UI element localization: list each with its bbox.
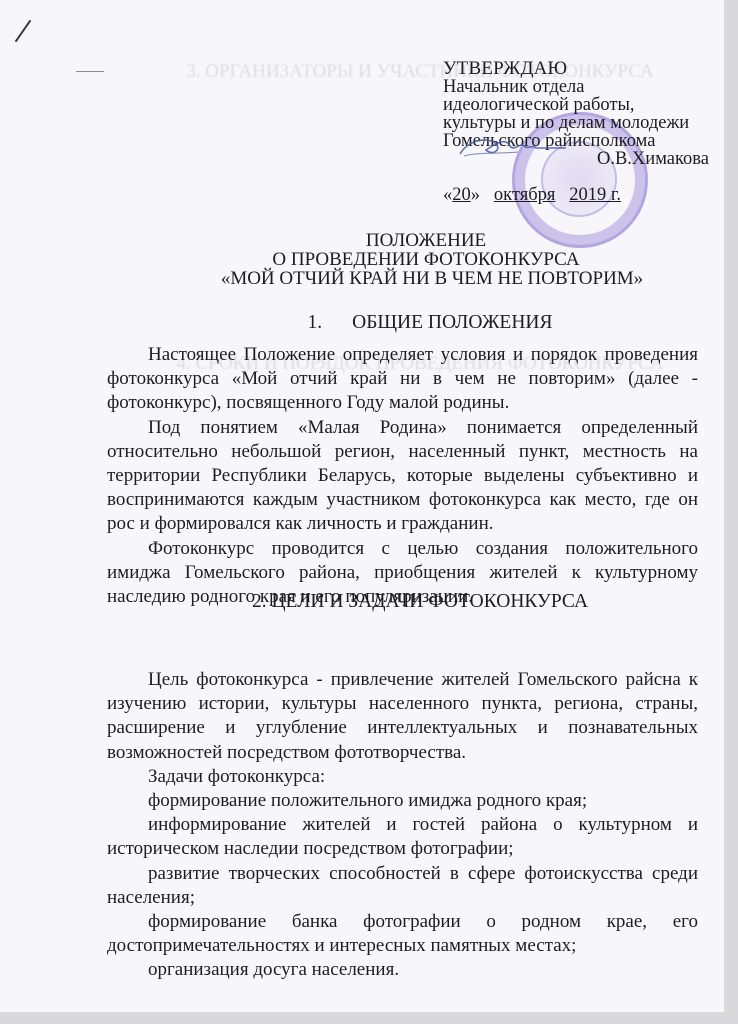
section-number: 2. [252, 591, 267, 612]
date-day: 20 [452, 185, 471, 205]
section-number: 1. [307, 312, 322, 333]
signature [458, 132, 568, 160]
paragraph: Настоящее Положение определяет условия и… [107, 343, 698, 416]
paragraph: Цель фотоконкурса - привлечение жителей … [107, 668, 698, 765]
paragraph: Под понятием «Малая Родина» понимается о… [107, 416, 698, 537]
document-title: ПОЛОЖЕНИЕ О ПРОВЕДЕНИИ ФОТОКОНКУРСА «МОЙ… [100, 231, 700, 288]
list-item: развитие творческих способностей в сфере… [107, 862, 698, 910]
paragraph: Задачи фотоконкурса: [107, 765, 698, 789]
document-page: 3. ОРГАНИЗАТОРЫ И УЧАСТНИКИ ФОТОКОНКУРСА… [0, 0, 724, 1012]
pen-mark [15, 20, 32, 42]
date-month: октября [494, 185, 556, 205]
approval-line: Начальник отдела [443, 78, 724, 96]
section-body-2: Цель фотоконкурса - привлечение жителей … [107, 668, 698, 983]
title-line-1: ПОЛОЖЕНИЕ [100, 231, 700, 250]
approval-date: «20» октября 2019 г. [443, 186, 724, 204]
section-title: ЦЕЛИ И ЗАДАЧИ ФОТОКОНКУРСА [271, 591, 588, 612]
date-year: 2019 г. [569, 185, 621, 205]
approval-line: культуры и по делам молодежи [443, 114, 724, 132]
section-body-1: Настоящее Положение определяет условия и… [107, 343, 698, 609]
approval-line: идеологической работы, [443, 96, 724, 114]
approval-title: УТВЕРЖДАЮ [443, 60, 724, 78]
list-item: информирование жителей и гостей района о… [107, 813, 698, 861]
list-item: организация досуга населения. [107, 958, 698, 982]
title-line-2: О ПРОВЕДЕНИИ ФОТОКОНКУРСА [100, 250, 700, 269]
section-title: ОБЩИЕ ПОЛОЖЕНИЯ [352, 312, 552, 333]
pen-mark [76, 71, 104, 72]
section-heading-2: 2. ЦЕЛИ И ЗАДАЧИ ФОТОКОНКУРСА [100, 591, 720, 613]
section-heading-1: 1.ОБЩИЕ ПОЛОЖЕНИЯ [100, 312, 724, 334]
title-line-3: «МОЙ ОТЧИЙ КРАЙ НИ В ЧЕМ НЕ ПОВТОРИМ» [100, 269, 700, 288]
list-item: формирование положительного имиджа родно… [107, 789, 698, 813]
list-item: формирование банка фотографии о родном к… [107, 910, 698, 958]
